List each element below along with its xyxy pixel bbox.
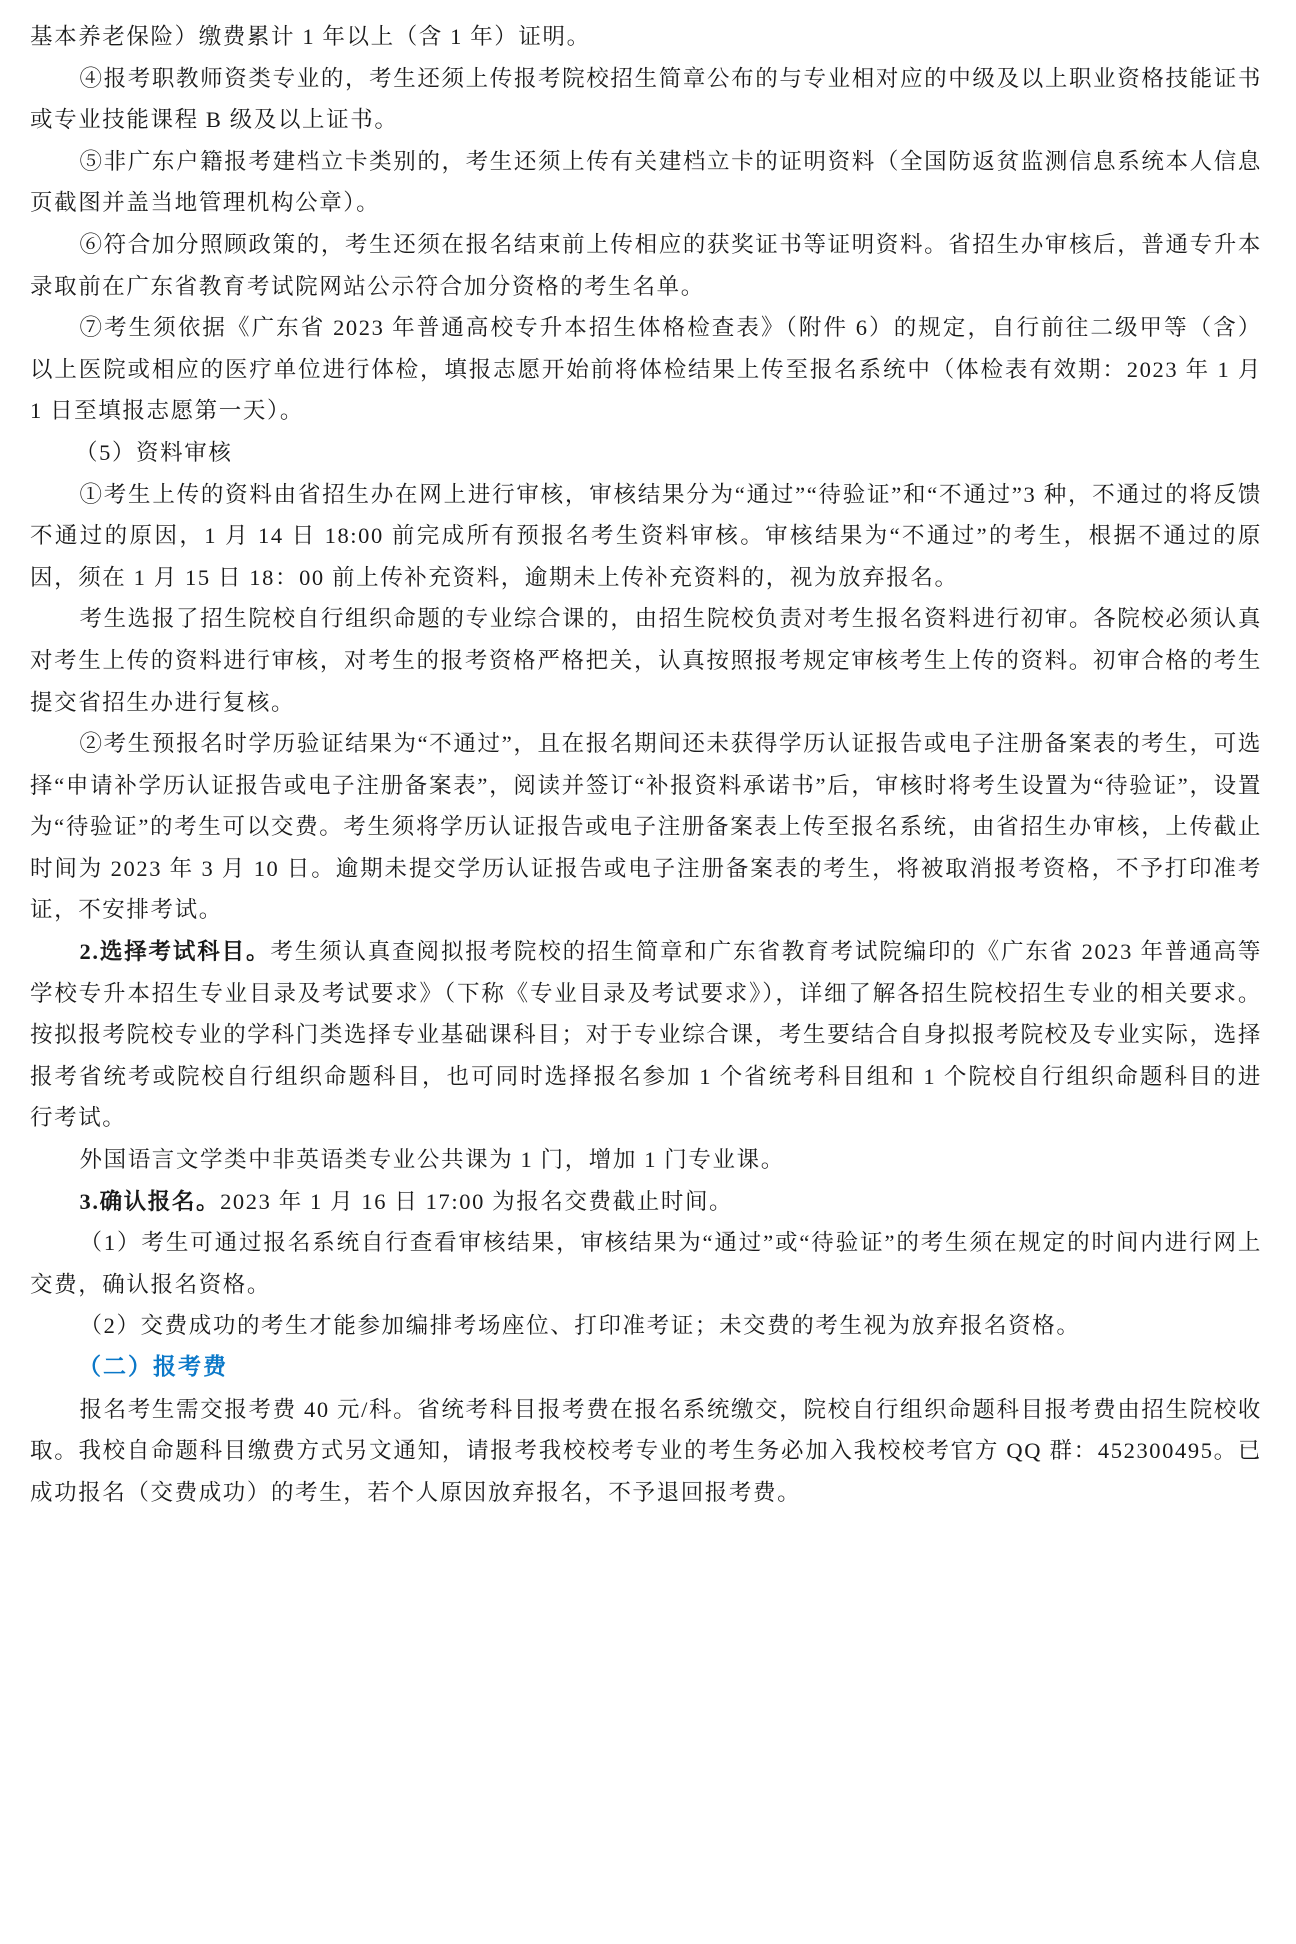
paragraph-confirm-registration: 3.确认报名。2023 年 1 月 16 日 17:00 为报名交费截止时间。 — [30, 1181, 1262, 1223]
paragraph-select-subjects-body: 考生须认真查阅拟报考院校的招生简章和广东省教育考试院编印的《广东省 2023 年… — [30, 939, 1262, 1130]
paragraph-exam-fee: 报名考生需交报考费 40 元/科。省统考科目报考费在报名系统缴交，院校自行组织命… — [30, 1389, 1262, 1514]
paragraph-foreign-language-note: 外国语言文学类中非英语类专业公共课为 1 门，增加 1 门专业课。 — [30, 1139, 1262, 1181]
document-page: 基本养老保险）缴费累计 1 年以上（含 1 年）证明。 ④报考职教师资类专业的，… — [30, 16, 1262, 1513]
paragraph-confirm-registration-body: 2023 年 1 月 16 日 17:00 为报名交费截止时间。 — [220, 1189, 733, 1214]
paragraph-confirm-item-2: （2）交费成功的考生才能参加编排考场座位、打印准考证；未交费的考生视为放弃报名资… — [30, 1305, 1262, 1347]
paragraph-review-item-1: ①考生上传的资料由省招生办在网上进行审核，审核结果分为“通过”“待验证”和“不通… — [30, 474, 1262, 599]
paragraph-item-7-physical-exam: ⑦考生须依据《广东省 2023 年普通高校专升本招生体格检查表》（附件 6）的规… — [30, 307, 1262, 432]
section-lead-select-subjects: 2.选择考试科目。 — [80, 939, 271, 964]
paragraph-school-initial-review: 考生选报了招生院校自行组织命题的专业综合课的，由招生院校负责对考生报名资料进行初… — [30, 598, 1262, 723]
section-lead-confirm-registration: 3.确认报名。 — [80, 1189, 221, 1214]
paragraph-review-item-2: ②考生预报名时学历验证结果为“不通过”，且在报名期间还未获得学历认证报告或电子注… — [30, 723, 1262, 931]
paragraph-select-subjects: 2.选择考试科目。考生须认真查阅拟报考院校的招生简章和广东省教育考试院编印的《广… — [30, 931, 1262, 1139]
paragraph-confirm-item-1: （1）考生可通过报名系统自行查看审核结果，审核结果为“通过”或“待验证”的考生须… — [30, 1222, 1262, 1305]
paragraph-item-4-vocational-teacher: ④报考职教师资类专业的，考生还须上传报考院校招生简章公布的与专业相对应的中级及以… — [30, 58, 1262, 141]
paragraph-item-6-bonus-points: ⑥符合加分照顾政策的，考生还须在报名结束前上传相应的获奖证书等证明资料。省招生办… — [30, 224, 1262, 307]
paragraph-pension-proof: 基本养老保险）缴费累计 1 年以上（含 1 年）证明。 — [30, 16, 1262, 58]
subheading-material-review: （5）资料审核 — [30, 432, 1262, 474]
paragraph-item-5-poverty-registration: ⑤非广东户籍报考建档立卡类别的，考生还须上传有关建档立卡的证明资料（全国防返贫监… — [30, 141, 1262, 224]
section-heading-exam-fee: （二）报考费 — [30, 1347, 1262, 1389]
